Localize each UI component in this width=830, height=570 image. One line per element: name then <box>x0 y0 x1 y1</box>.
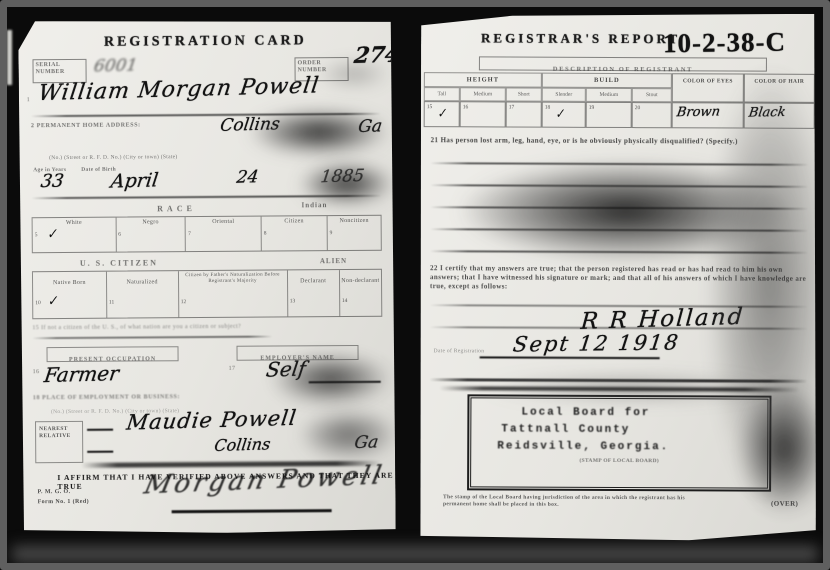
height-tall-answer: 15 ✓ <box>424 101 460 127</box>
card-stamp-number: 10-2-38-C <box>663 27 786 60</box>
scanned-draft-card-image: REGISTRATION CARD SERIAL NUMBER 6001 ORD… <box>0 0 830 570</box>
registrars-report-title: REGISTRAR'S REPORT <box>481 30 680 47</box>
race-option-white: White 5 ✓ <box>32 218 116 253</box>
occupation-label-box: PRESENT OCCUPATION <box>46 346 178 362</box>
age-value-handwriting: 33 <box>39 171 65 193</box>
alien-header: ALIEN <box>320 257 347 265</box>
indian-header: Indian <box>301 201 327 209</box>
nation-question-line: 15 If not a citizen of the U. S., of wha… <box>32 323 332 332</box>
stamp-caption: (STAMP OF LOCAL BOARD) <box>469 455 769 464</box>
registrars-report-card: REGISTRAR'S REPORT 10-2-38-C DESCRIPTION… <box>419 12 818 543</box>
scan-shadow <box>12 546 818 562</box>
dob-day-handwriting: 24 <box>235 167 259 188</box>
occupation-number: 16 <box>33 369 40 376</box>
registration-date-handwriting: Sept 12 1918 <box>512 330 682 356</box>
description-table: HEIGHT BUILD COLOR OF EYES COLOR OF HAIR… <box>424 72 815 129</box>
us-citizen-header: U. S. CITIZEN <box>80 258 158 268</box>
relative-city-handwriting: Collins <box>213 434 271 455</box>
answer-dash <box>309 381 381 384</box>
nearest-relative-box: NEAREST RELATIVE <box>35 421 83 463</box>
stamp-line-3: Reidsville, Georgia. <box>469 438 769 456</box>
address-caption: (No.) (Street or R. F. D. No.) (City or … <box>49 153 379 161</box>
eyes-answer: Brown <box>672 102 744 128</box>
scan-smudge <box>301 411 396 460</box>
height-medium-label: Medium <box>460 87 506 101</box>
scan-artifact <box>7 30 12 85</box>
ruled-line <box>430 250 808 253</box>
name-line-number: 1 <box>27 97 30 104</box>
over-label: (OVER) <box>771 500 798 508</box>
relative-line-19 <box>87 429 113 431</box>
height-short-label: Short <box>506 88 542 102</box>
build-slender-answer: 18 ✓ <box>542 102 586 128</box>
height-header: HEIGHT <box>424 72 542 88</box>
ruled-line <box>32 336 272 339</box>
race-option-indian-noncitizen: Noncitizen 9 <box>327 216 382 250</box>
signature-line <box>172 509 332 513</box>
relative-state-handwriting: Ga <box>353 432 379 453</box>
citizen-table: Native Born 10 ✓ Naturalized 11 Citizen … <box>32 269 382 319</box>
footer-note: The stamp of the Local Board having juri… <box>443 494 713 509</box>
build-medium-answer: 19 <box>586 102 632 128</box>
employer-number: 17 <box>229 366 236 373</box>
relative-line-20 <box>87 451 113 453</box>
height-short-answer: 17 <box>506 102 542 128</box>
form-number-label: Form No. 1 (Red) <box>38 499 89 506</box>
occupation-handwriting: Farmer <box>43 361 121 387</box>
order-number-value: 274 <box>353 42 402 69</box>
form-org-label: P. M. G. O. <box>37 489 70 496</box>
ruled-line <box>430 206 808 209</box>
citizen-option-naturalized: Naturalized 11 <box>106 271 178 317</box>
height-tall-label: Tall <box>424 87 460 101</box>
race-option-oriental: Oriental 7 <box>185 217 261 252</box>
home-address-city-handwriting: Collins <box>219 114 281 136</box>
scan-smudge <box>460 160 790 261</box>
place-of-employment-label: 18 PLACE OF EMPLOYMENT OR BUSINESS: <box>33 394 180 402</box>
ruled-line <box>31 195 381 199</box>
description-header-box: DESCRIPTION OF REGISTRANT <box>479 56 767 71</box>
build-stout-answer: 20 <box>632 102 672 128</box>
registration-card: REGISTRATION CARD SERIAL NUMBER 6001 ORD… <box>18 17 396 536</box>
item-22-certification: 22 I certify that my answers are true; t… <box>430 264 808 293</box>
height-medium-answer: 16 <box>460 101 506 127</box>
citizen-option-by-father: Citizen by Father's Naturalization Befor… <box>177 270 286 317</box>
dob-month-handwriting: April <box>109 169 159 192</box>
hair-answer: Black <box>744 103 815 129</box>
race-option-negro: Negro 6 <box>115 217 185 251</box>
scan-streak <box>440 386 800 392</box>
ruled-line <box>430 228 808 231</box>
date-of-registration-label: Date of Registration <box>434 348 485 354</box>
citizen-option-native-born: Native Born 10 ✓ <box>32 272 106 319</box>
color-of-eyes-header: COLOR OF EYES <box>672 73 744 102</box>
order-number-label: ORDER NUMBER <box>295 58 347 74</box>
local-board-stamp-box: Local Board for Tattnall County Reidsvil… <box>467 394 771 491</box>
registration-card-title: REGISTRATION CARD <box>18 33 392 52</box>
nearest-relative-label: NEAREST RELATIVE <box>36 422 82 440</box>
date-line <box>480 356 660 359</box>
citizen-option-nondeclarant: Non-declarant 14 <box>339 270 383 316</box>
serial-number-value: 6001 <box>93 56 139 77</box>
ruled-line <box>31 113 381 117</box>
build-header: BUILD <box>542 73 672 89</box>
relative-name-handwriting: Maudie Powell <box>125 406 298 435</box>
ruled-line <box>430 162 808 165</box>
ruled-line <box>430 184 808 187</box>
home-address-state-handwriting: Ga <box>357 116 383 137</box>
color-of-hair-header: COLOR OF HAIR <box>744 74 815 103</box>
dob-label: Date of Birth <box>81 167 116 173</box>
home-address-label: 2 PERMANENT HOME ADDRESS: <box>31 122 141 130</box>
dob-year-handwriting: 1885 <box>319 166 365 187</box>
serial-number-label: SERIAL NUMBER <box>33 60 85 76</box>
stamp-line-2: Tattnall County <box>469 421 769 439</box>
stamp-line-1: Local Board for <box>469 396 769 422</box>
ruled-line <box>430 378 808 382</box>
race-option-indian-citizen: Citizen 8 <box>261 216 327 250</box>
citizen-option-declarant: Declarant 13 <box>287 270 339 316</box>
build-stout-label: Stout <box>632 88 672 102</box>
race-section-header: RACE <box>20 203 334 214</box>
build-slender-label: Slender <box>542 88 586 102</box>
race-table: White 5 ✓ Negro 6 Oriental 7 Citizen 8 N… <box>32 215 382 253</box>
build-medium-label: Medium <box>586 88 632 102</box>
item-21-question: 21 Has person lost arm, leg, hand, eye, … <box>431 136 809 147</box>
employer-handwriting: Self <box>265 356 308 381</box>
